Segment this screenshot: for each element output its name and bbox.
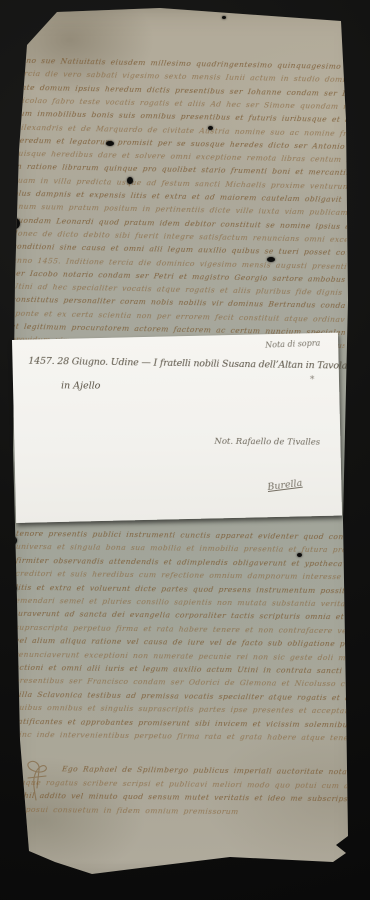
manuscript-line: cum inmobilibus bonis suis omnibus prese…	[14, 108, 350, 127]
manuscript-line: suisque heredibus dare et solvere omni e…	[13, 148, 349, 167]
manuscript-line: ser Iacobo notario condam ser Petri et m…	[11, 267, 347, 286]
archival-slip: Nota di sopra 1457. 28 Giugno. Udine — I…	[12, 333, 342, 523]
manuscript-line: presentibus ser Francisco condam ser Odo…	[14, 675, 349, 691]
manuscript-line: emendari semel et pluries consilio sapie…	[14, 595, 349, 611]
manuscript-line: sponte et ex certa scientia non per erro…	[10, 307, 346, 326]
notary-signum	[20, 758, 54, 802]
manuscript-line: quondam Leonardi quod pratum idem debito…	[12, 214, 348, 233]
manuscript-line: donec de dicto debito sibi fuerit integr…	[12, 228, 348, 247]
parchment-hole	[10, 218, 20, 229]
manuscript-line: tercia die vero sabbati vigesimo sexto m…	[15, 68, 351, 87]
slip-date-annotation: 1457. 28 Giugno. Udine — I fratelli nobi…	[28, 356, 347, 372]
notary-subscription-block: Ego Raphael de Spilimbergo publicus impe…	[24, 0, 358, 3]
document-photo: anno sue Natiuitatis eiusdem millesimo q…	[0, 0, 370, 900]
parchment-hole	[106, 141, 114, 146]
manuscript-line: quibus omnibus et singulis suprascriptis…	[13, 702, 348, 718]
parchment-hole	[8, 536, 17, 545]
slip-notary-signature: Not. Rafaello de Tivalles	[214, 437, 320, 448]
slip-asterisk-mark: *	[310, 375, 315, 385]
manuscript-line: iuraverunt ad sancta dei evangelia corpo…	[14, 608, 349, 624]
parchment-hole	[208, 126, 213, 130]
manuscript-line: Utini ad hec specialiter vocatis atque r…	[11, 281, 347, 300]
manuscript-line: in ratione librarum quinque pro quolibet…	[13, 161, 349, 180]
parchment-hole	[222, 16, 226, 19]
manuscript-line: hinc inde intervenientibus perpetuo firm…	[13, 729, 348, 745]
manuscript-line: eaque rogatus scribere scripsi et public…	[15, 776, 350, 792]
manuscript-line: renunciaverunt exceptioni non numerate p…	[14, 648, 349, 664]
manuscript-line: tenore presentis publici instrumenti cun…	[15, 528, 350, 544]
manuscript-line: firmiter observandis attendendis et adim…	[15, 555, 350, 571]
manuscript-line: Ego Raphael de Spilimbergo publicus impe…	[15, 763, 370, 780]
manuscript-line: conditioni sine causa et omni alii legum…	[12, 241, 348, 260]
parchment-hole	[267, 257, 275, 262]
slip-flourish-scribble: Burella	[267, 478, 303, 493]
manuscript-line: constitutus personaliter coram nobis nob…	[11, 294, 347, 313]
manuscript-line: actioni et omni alii iuris et legum auxi…	[14, 662, 349, 678]
parchment-hole	[297, 553, 302, 557]
manuscript-line: universa et singula bona sua mobilia et …	[15, 541, 350, 557]
manuscript-line: nihil addito vel minuto quod sensum mute…	[15, 790, 350, 806]
manuscript-line: anno 1455. Inditione tercia die dominico…	[11, 254, 347, 273]
parchment-hole	[10, 585, 17, 592]
manuscript-line: villa Sclavonica testibus ad premissa vo…	[13, 689, 348, 705]
manuscript-line: apposui consuetum in fidem omnium premis…	[15, 803, 350, 819]
manuscript-line: Nicolao fabro teste vocatis rogatis et a…	[14, 95, 350, 114]
slip-corner-note: Nota di sopra	[265, 339, 321, 350]
manuscript-line: unum suum pratum positum in pertinentiis…	[12, 201, 348, 220]
manuscript-line: vel alium aliqua ratione vel causa de iu…	[14, 635, 349, 651]
manuscript-text-block-upper: anno sue Natiuitatis eiusdem millesimo q…	[17, 0, 351, 6]
manuscript-line: Dilexandris et de Marquardo de civitate …	[14, 121, 350, 140]
parchment-hole	[127, 177, 133, 184]
manuscript-line: litis et extra et voluerunt dicte partes…	[15, 581, 350, 597]
manuscript-line: creditori et suis heredibus cum refectio…	[15, 568, 350, 584]
manuscript-line: suprascripta perpetuo firma et rata habe…	[14, 622, 349, 638]
manuscript-line: Ante domum ipsius heredum dictis present…	[15, 81, 351, 100]
manuscript-line: plus dampnis et expensis litis et extra …	[13, 188, 349, 207]
manuscript-line: anno sue Natiuitatis eiusdem millesimo q…	[15, 55, 351, 74]
manuscript-line: ratificantes et approbantes promiserunt …	[13, 715, 348, 731]
manuscript-text-block-lower: tenore presentis publici instrumenti cun…	[22, 0, 356, 3]
manuscript-line: suam in villa predicta usque ad festum s…	[13, 174, 349, 193]
slip-place-annotation: in Ajello	[61, 380, 100, 391]
manuscript-line: heredum et legatorum promisit per se suo…	[14, 134, 350, 153]
